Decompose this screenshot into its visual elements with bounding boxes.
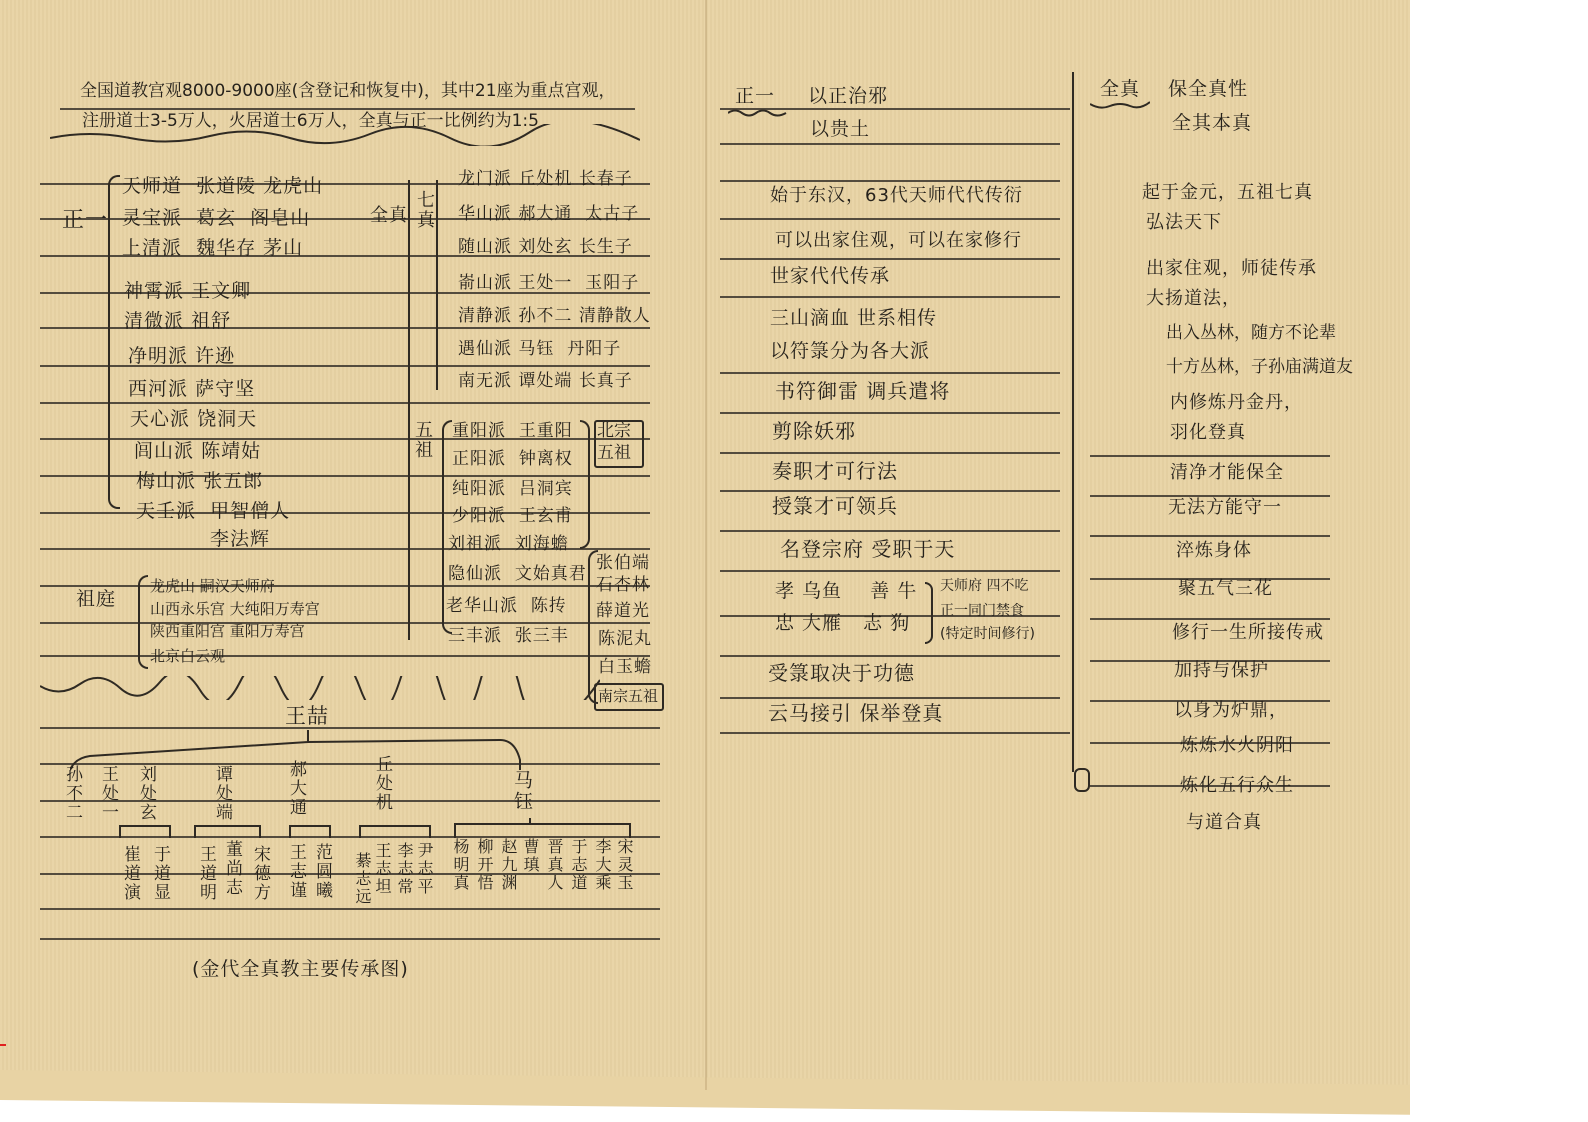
right-zhengyi-label: 正一 — [735, 85, 775, 107]
quanzhen-line: 内修炼丹金丹， — [1170, 392, 1303, 414]
quanzhen-line: 以身为炉鼎， — [1174, 700, 1288, 722]
second-gen-name: 王志谨 — [286, 843, 306, 900]
quanzhen-line: 无法方能守一 — [1168, 497, 1282, 519]
rule — [40, 622, 650, 624]
rule — [720, 180, 1060, 182]
rule — [1090, 535, 1330, 537]
wavy-underline — [1090, 100, 1150, 112]
zhengyi-line: 授箓才可领兵 — [772, 495, 898, 517]
zhengyi-line: 云马接引 保举登真 — [768, 702, 943, 724]
rule — [720, 372, 1060, 374]
second-gen-name: 李大乘 — [592, 838, 612, 892]
zhengyi-line: 受箓取决于功德 — [768, 662, 915, 684]
center-divider-line — [1072, 72, 1074, 772]
header-line-1: 全国道教宫观8000-9000座(含登记和恢复中)，其中21座为重点宫观， — [80, 80, 616, 102]
zhengyi-row: 天壬派 甲智僧人 — [136, 500, 290, 522]
qizhen-row: 南无派 谭处端 长真子 — [458, 370, 633, 392]
qizhen-row: 嵛山派 王处一 玉阳子 — [458, 272, 639, 294]
zhengyi-line: 名登宗府 受职于天 — [780, 538, 955, 560]
zuting-item: 山西永乐宫 大纯阳万寿宫 — [150, 598, 320, 620]
zhengyi-label: 正一 — [62, 210, 108, 232]
rule — [40, 402, 650, 404]
zhengyi-row: 清微派 祖舒 — [124, 310, 231, 332]
quanzhen-line: 聚五气三花 — [1178, 578, 1273, 600]
zhengyi-line: 世家代代传承 — [770, 265, 890, 287]
quanzhen-line: 出入丛林，随方不论辈 — [1166, 322, 1336, 344]
rule — [720, 296, 1060, 298]
lineage-caption: (金代全真教主要传承图) — [192, 958, 409, 980]
zhengyi-motto: 以贵土 — [810, 118, 870, 140]
nanzong-name: 张伯端 — [596, 552, 650, 574]
zuting-brace — [138, 575, 148, 669]
taboo-note: 天师府 四不吃 — [940, 578, 1028, 594]
wavy-divider — [50, 124, 640, 146]
nanzong-label: 南宗五祖 — [598, 685, 658, 707]
zhengyi-row: 上清派 魏华存 茅山 — [122, 237, 303, 259]
taboo-note: 正一同门禁食 — [940, 603, 1024, 619]
zhengyi-line: 书符御雷 调兵遣将 — [775, 380, 950, 402]
qizhen-label: 七真 — [414, 190, 434, 230]
quanzhen-motto: 保全真性 — [1168, 78, 1248, 100]
quanzhen-line: 与道合真 — [1186, 812, 1262, 834]
quanzhen-line: 炼化五行众生 — [1180, 775, 1294, 797]
second-gen-name: 晋真人 — [544, 838, 564, 892]
rule — [720, 218, 1060, 220]
wavy-underline — [728, 108, 788, 118]
first-gen-name: 刘处玄 — [136, 765, 156, 822]
rule — [720, 490, 1060, 492]
zhengyi-line: 以符箓分为各大派 — [770, 340, 930, 362]
second-gen-name: 杨明真 — [450, 838, 470, 892]
zhengyi-row: 天心派 饶洞天 — [130, 408, 257, 430]
zhengyi-row: 闾山派 陈靖姑 — [134, 440, 261, 462]
second-gen-name: 王志坦 — [372, 842, 392, 896]
quanzhen-line: 大扬道法， — [1146, 288, 1241, 310]
wuzu-row: 少阳派 王玄甫 — [452, 505, 573, 527]
first-gen-name: 郝大通 — [286, 760, 306, 817]
nanzong-name: 薛道光 — [596, 600, 650, 622]
taboo-brace — [925, 582, 933, 644]
rule — [720, 530, 1060, 532]
qizhen-row: 龙门派 丘处机 长春子 — [458, 168, 633, 190]
rule — [40, 727, 660, 729]
zhengyi-row: 净明派 许逊 — [128, 345, 235, 367]
rule — [40, 475, 650, 477]
zhengyi-line: 三山滴血 世系相传 — [770, 307, 937, 329]
zhengyi-row: 李法辉 — [210, 528, 270, 550]
quanzhen-line: 炼炼水火阴阳 — [1180, 735, 1294, 757]
first-gen-name: 丘处机 — [372, 755, 392, 812]
nanzong-name: 陈泥丸 — [598, 628, 652, 650]
rule — [720, 655, 1060, 657]
red-edge-mark — [0, 1044, 6, 1046]
taboo-row: 忠 大雁 志 狗 — [775, 612, 910, 634]
zhengyi-row: 灵宝派 葛玄 阁皂山 — [122, 207, 310, 229]
zhengyi-line: 奏职才可行法 — [772, 460, 898, 482]
second-gen-name: 王道明 — [196, 845, 216, 902]
nanzong-name: 石杏林 — [596, 574, 650, 596]
wuzu-label: 五祖 — [412, 420, 432, 460]
rule — [1090, 618, 1330, 620]
second-gen-name: 柳开悟 — [474, 838, 494, 892]
wuzu-row: 刘祖派 刘海蟾 — [448, 533, 569, 555]
qizhen-row: 遇仙派 马钰 丹阳子 — [458, 338, 621, 360]
rule — [40, 800, 660, 802]
second-gen-name: 李志常 — [394, 842, 414, 896]
zhengyi-row: 天师道 张道陵 龙虎山 — [122, 175, 323, 197]
first-gen-name: 王处一 — [98, 765, 118, 822]
rule — [720, 570, 1060, 572]
first-gen-name: 马钰 — [512, 770, 532, 812]
second-gen-name: 曹瑱 — [520, 838, 540, 874]
second-gen-name: 崔道演 — [120, 845, 140, 902]
zhengyi-row: 神霄派 王文卿 — [124, 280, 251, 302]
second-gen-name: 宋灵玉 — [614, 838, 634, 892]
wavy-divider — [40, 676, 600, 700]
right-quanzhen-label: 全真 — [1100, 78, 1140, 100]
quanzhen-line: 出家住观，师徒传承 — [1146, 258, 1317, 280]
quanzhen-line: 起于金元，五祖七真 — [1142, 182, 1313, 204]
second-gen-name: 赵九渊 — [498, 838, 518, 892]
rule — [40, 908, 660, 910]
wuzu-row: 纯阳派 吕洞宾 — [452, 478, 573, 500]
rule — [720, 412, 1060, 414]
quanzhen-label: 全真 — [370, 205, 408, 227]
rule — [720, 258, 1060, 260]
taboo-note: (特定时间修行) — [940, 626, 1035, 642]
rule — [720, 732, 1070, 734]
quanzhen-line: 弘法天下 — [1146, 212, 1222, 234]
rule — [720, 143, 1060, 145]
zhengyi-motto: 以正治邪 — [808, 85, 888, 107]
second-gen-name: 于道显 — [150, 845, 170, 902]
zhengyi-line: 剪除妖邪 — [772, 420, 856, 442]
rule — [40, 655, 650, 657]
second-gen-name: 宋德方 — [250, 845, 270, 902]
qizhen-row: 华山派 郝大通 太古子 — [458, 203, 639, 225]
rule — [720, 452, 1060, 454]
qizhen-row: 随山派 刘处玄 长生子 — [458, 236, 633, 258]
first-gen-name: 孙不二 — [62, 765, 82, 822]
second-gen-name: 尹志平 — [414, 842, 434, 896]
pendant-icon — [1074, 768, 1090, 792]
first-gen-name: 谭处端 — [212, 765, 232, 822]
second-gen-name: 范圆曦 — [312, 843, 332, 900]
zhengyi-line: 可以出家住观，可以在家修行 — [775, 230, 1022, 252]
rule — [40, 938, 660, 940]
rule — [40, 585, 650, 587]
second-gen-name: 董尚志 — [222, 840, 242, 897]
quanzhen-main-line — [408, 180, 410, 640]
zhengyi-row: 梅山派 张五郎 — [136, 470, 263, 492]
other-row: 隐仙派 文始真君 — [448, 563, 587, 585]
beizong-brace — [580, 420, 590, 549]
taboo-row: 孝 乌鱼 善 牛 — [775, 580, 917, 602]
beizong-label: 北宗五祖 — [597, 420, 639, 464]
wuzu-row: 正阳派 钟离权 — [452, 448, 573, 470]
quanzhen-line: 加持与保护 — [1174, 660, 1269, 682]
other-row: 三丰派 张三丰 — [448, 625, 569, 647]
quanzhen-line: 清净才能保全 — [1170, 462, 1284, 484]
quanzhen-line: 淬炼身体 — [1176, 540, 1252, 562]
page-fold — [705, 0, 707, 1090]
second-gen-name: 于志道 — [568, 838, 588, 892]
zuting-item: 北京白云观 — [150, 645, 225, 667]
zhengyi-brace — [108, 175, 120, 509]
other-row: 老华山派 陈抟 — [446, 595, 567, 617]
zhengyi-line: 始于东汉，63代天师代代传衍 — [770, 185, 1023, 207]
zuting-item: 陕西重阳宫 重阳万寿宫 — [150, 620, 305, 642]
rule — [720, 697, 1060, 699]
zuting-item: 龙虎山 嗣汉天师府 — [150, 575, 275, 597]
lineage-root: 王喆 — [285, 705, 329, 727]
rule — [1090, 455, 1330, 457]
quanzhen-line: 十方丛林，子孙庙满道友 — [1166, 356, 1353, 378]
qizhen-row: 清静派 孙不二 清静散人 — [458, 305, 651, 327]
quanzhen-motto: 全其本真 — [1172, 112, 1252, 134]
nanzong-name: 白玉蟾 — [598, 656, 652, 678]
second-gen-name: 綦志远 — [352, 852, 372, 906]
qizhen-line — [436, 180, 438, 390]
quanzhen-line: 羽化登真 — [1170, 422, 1246, 444]
zhengyi-row: 西河派 萨守坚 — [128, 378, 255, 400]
zuting-label: 祖庭 — [76, 588, 116, 610]
wuzu-row: 重阳派 王重阳 — [452, 420, 573, 442]
quanzhen-line: 修行一生所接传戒 — [1172, 622, 1324, 644]
